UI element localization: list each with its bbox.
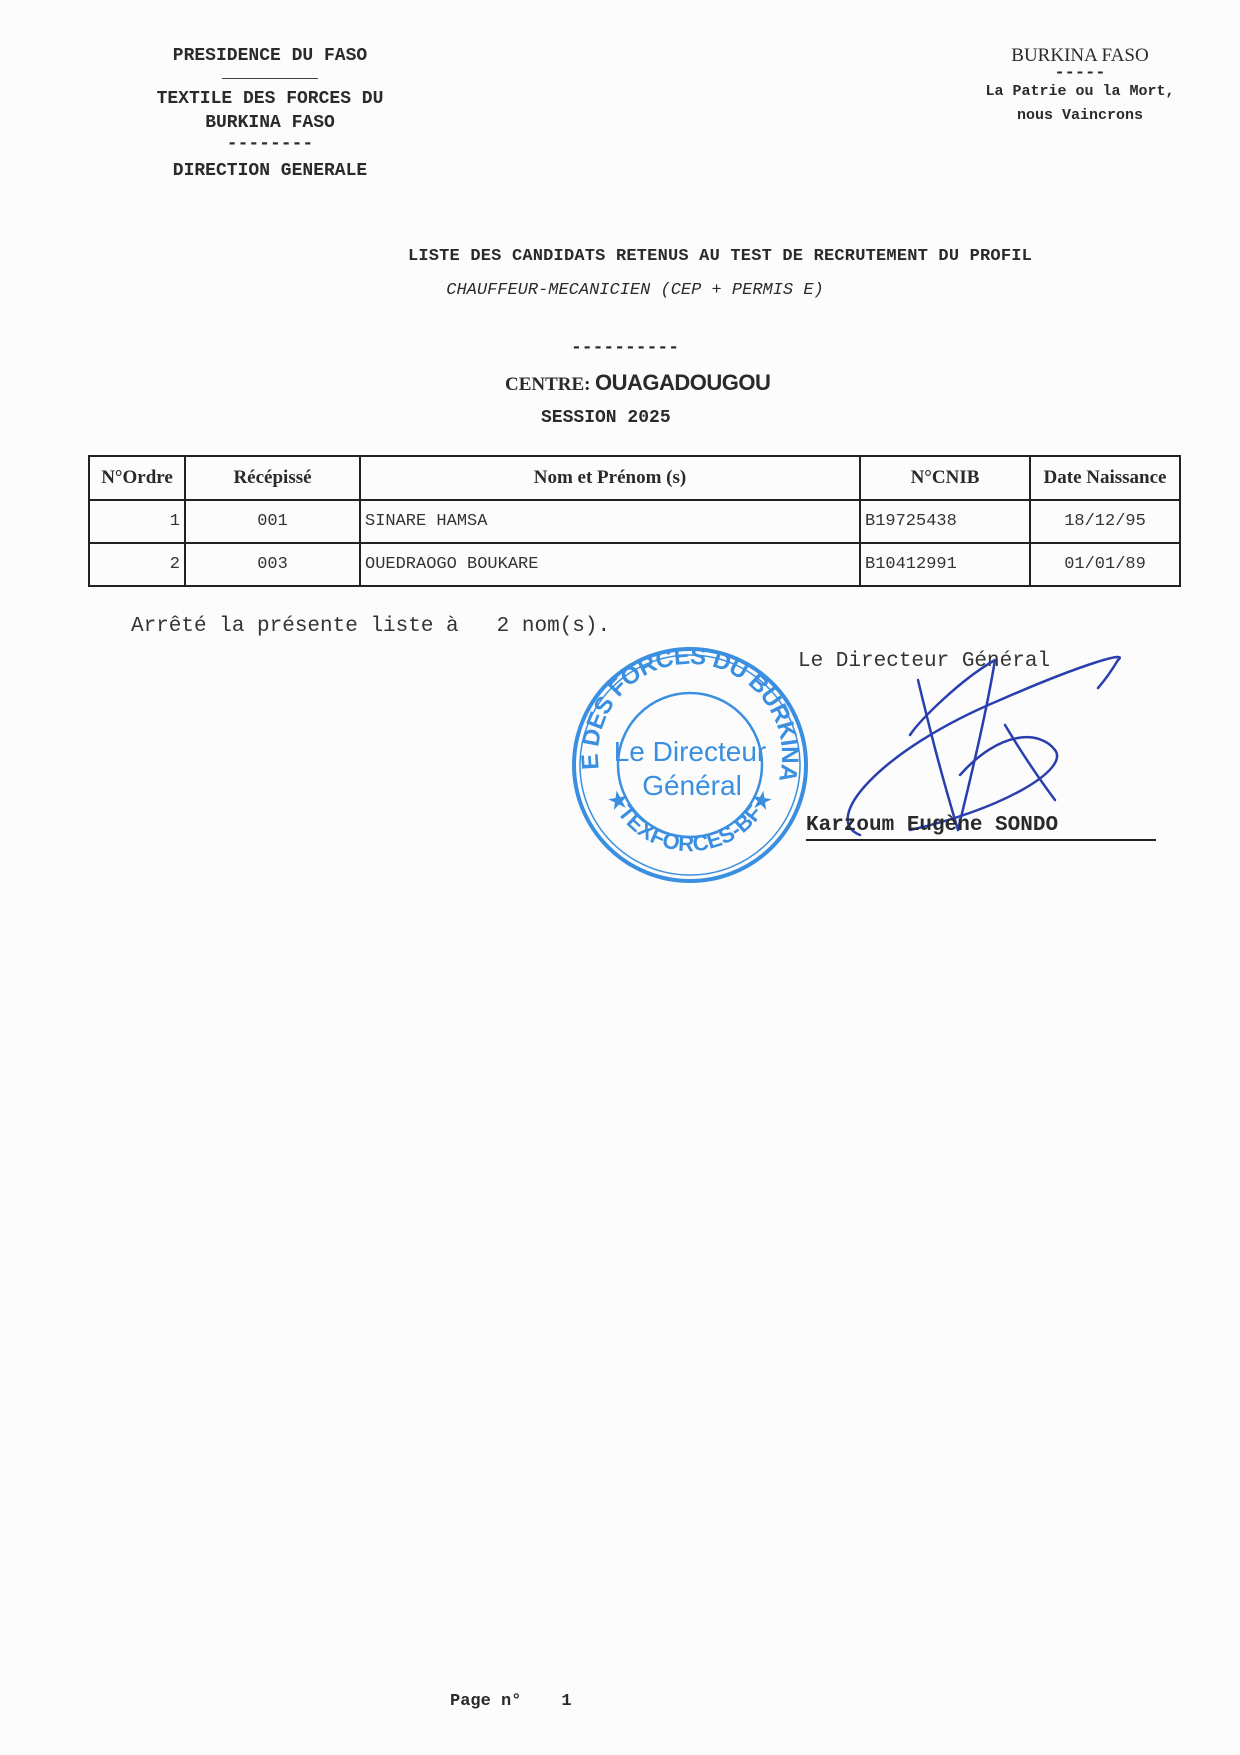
presidence-label: PRESIDENCE DU FASO [110, 44, 430, 68]
motto-line1: La Patrie ou la Mort, [945, 80, 1215, 104]
stamp-center-line2: Général [642, 770, 742, 801]
stamp-center-line1: Le Directeur [614, 736, 767, 767]
table-row: 1 001 SINARE HAMSA B19725438 18/12/95 [89, 500, 1180, 543]
direction-label: DIRECTION GENERALE [110, 159, 430, 183]
country-separator: ----- [945, 68, 1215, 80]
table-row: 2 003 OUEDRAOGO BOUKARE B10412991 01/01/… [89, 543, 1180, 586]
official-stamp-icon: TEXTILE DES FORCES DU BURKINA FASO ★TEXF… [570, 645, 810, 885]
centre-line: CENTRE: OUAGADOUGOU [505, 370, 770, 396]
cell-ordre: 2 [89, 543, 185, 586]
cell-recepisse: 001 [185, 500, 360, 543]
closing-text: Arrêté la présente liste à [131, 615, 459, 638]
profile-subtitle: CHAUFFEUR-MECANICIEN (CEP + PERMIS E) [0, 281, 1240, 300]
closing-count: 2 nom(s). [497, 615, 610, 638]
header-separator: -------- [110, 135, 430, 153]
session-label: SESSION 2025 [541, 408, 671, 428]
org-name-line1: TEXTILE DES FORCES DU [110, 87, 430, 111]
cell-naissance: 18/12/95 [1030, 500, 1180, 543]
header-ordre: N°Ordre [89, 456, 185, 500]
page-number: 1 [561, 1692, 571, 1711]
candidates-table: N°Ordre Récépissé Nom et Prénom (s) N°CN… [88, 455, 1181, 587]
header-right: BURKINA FASO ----- La Patrie ou la Mort,… [945, 44, 1215, 128]
header-nom: Nom et Prénom (s) [360, 456, 860, 500]
cell-ordre: 1 [89, 500, 185, 543]
org-name-line2: BURKINA FASO [110, 111, 430, 135]
closing-statement: Arrêté la présente liste à2 nom(s). [131, 615, 610, 638]
document-title: LISTE DES CANDIDATS RETENUS AU TEST DE R… [0, 247, 1240, 266]
header-cnib: N°CNIB [860, 456, 1030, 500]
cell-recepisse: 003 [185, 543, 360, 586]
signer-name: Karzoum Eugène SONDO [806, 814, 1156, 841]
page-footer: Page n°1 [450, 1692, 572, 1711]
cell-naissance: 01/01/89 [1030, 543, 1180, 586]
header-recepisse: Récépissé [185, 456, 360, 500]
cell-nom: SINARE HAMSA [360, 500, 860, 543]
centre-label: CENTRE: [505, 374, 591, 395]
header-left: PRESIDENCE DU FASO TEXTILE DES FORCES DU… [110, 44, 430, 183]
cell-nom: OUEDRAOGO BOUKARE [360, 543, 860, 586]
table-header-row: N°Ordre Récépissé Nom et Prénom (s) N°CN… [89, 456, 1180, 500]
cell-cnib: B10412991 [860, 543, 1030, 586]
cell-cnib: B19725438 [860, 500, 1030, 543]
title-separator: ---------- [0, 338, 1240, 358]
centre-value: OUAGADOUGOU [595, 370, 770, 395]
page-label: Page n° [450, 1692, 521, 1711]
header-divider [222, 78, 318, 79]
header-naissance: Date Naissance [1030, 456, 1180, 500]
motto-line2: nous Vaincrons [945, 104, 1215, 128]
